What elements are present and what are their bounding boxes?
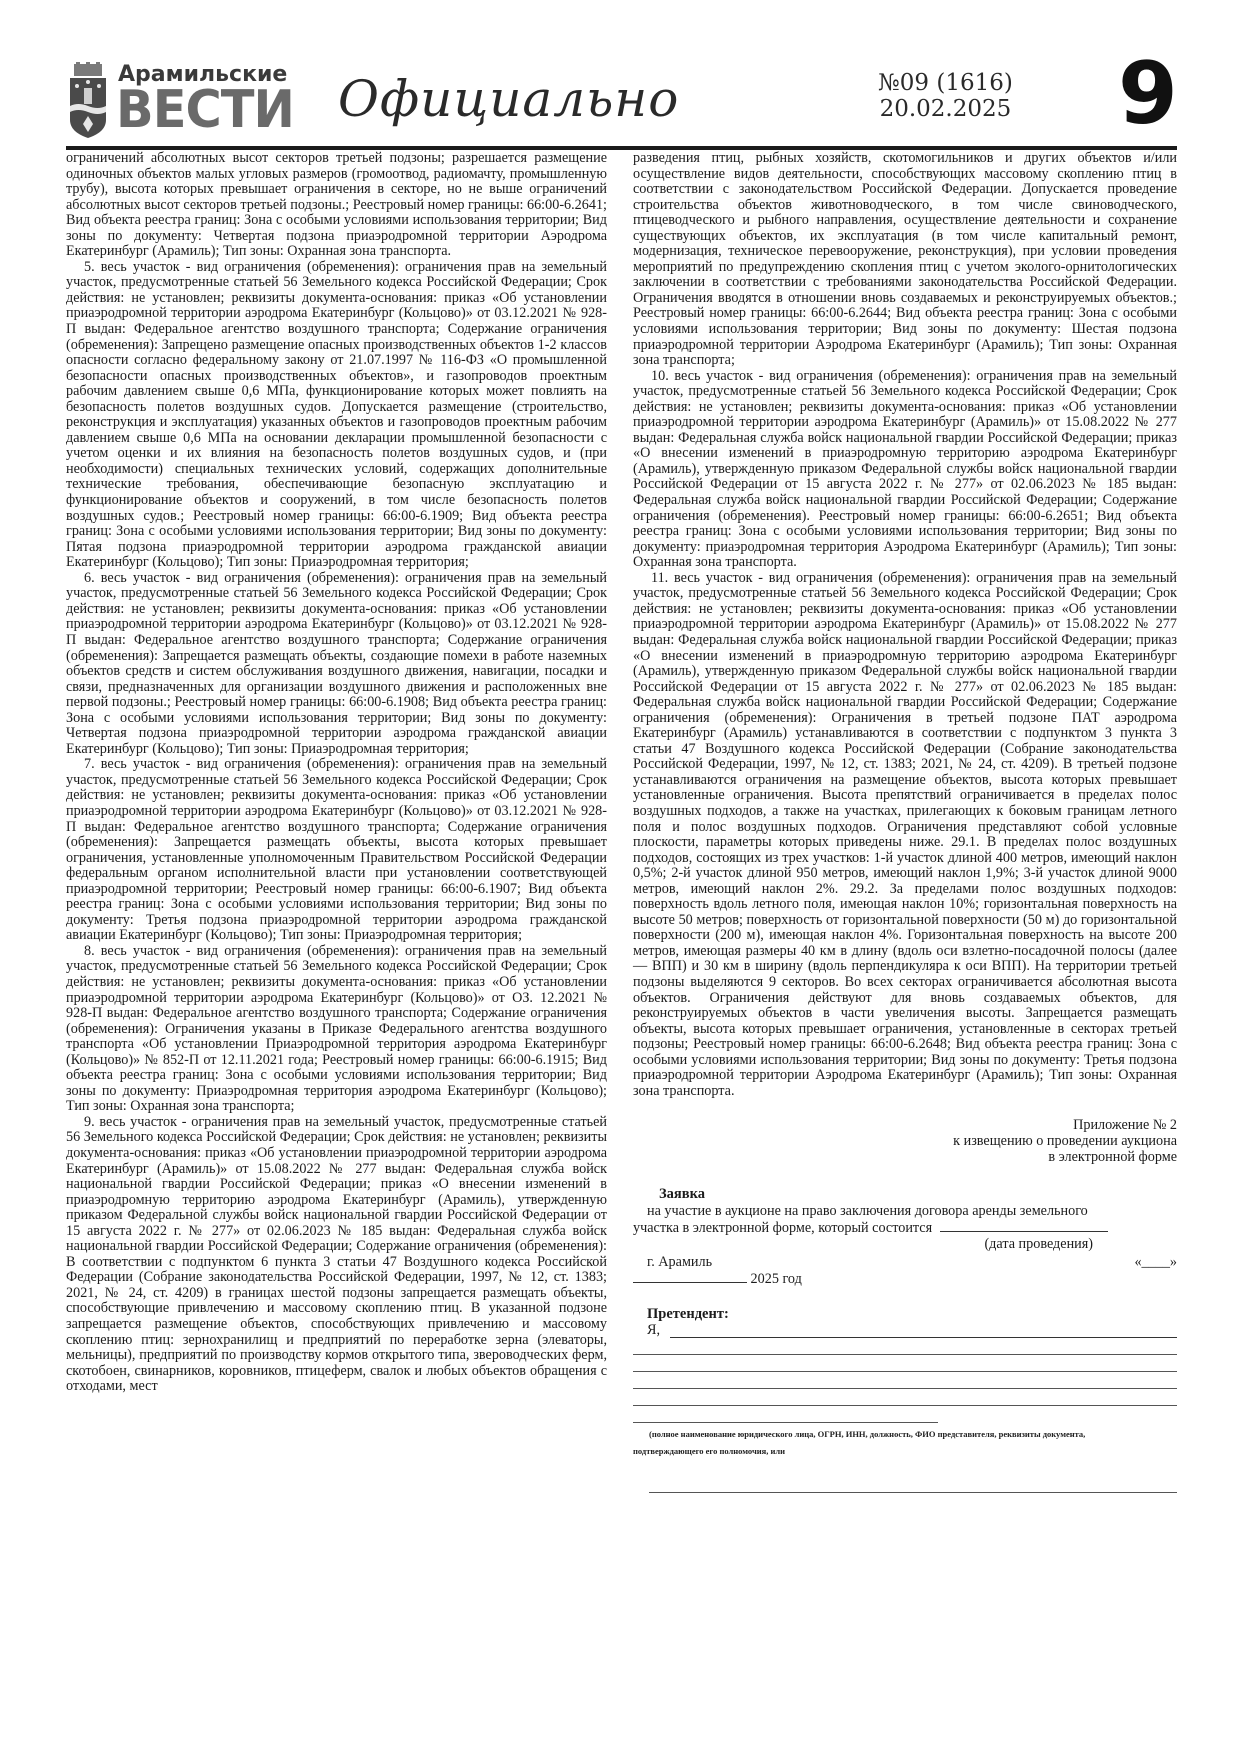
form-intro: на участие в аукционе на право заключени…: [633, 1203, 1177, 1219]
applicant-details-field[interactable]: [633, 1406, 938, 1423]
applicant-details-field[interactable]: [633, 1372, 1177, 1389]
paragraph-item-11: 11. весь участок - вид ограничения (обре…: [633, 571, 1177, 1100]
form-title: Заявка: [633, 1187, 1177, 1203]
paragraph-item-9: 9. весь участок - ограничения прав на зе…: [66, 1115, 607, 1395]
applicant-name-field[interactable]: [670, 1325, 1177, 1338]
year-label: 2025 год: [751, 1271, 802, 1287]
paragraph-item-7: 7. весь участок - вид ограничения (обрем…: [66, 757, 607, 944]
form-intro-text: участка в электронной форме, который сос…: [633, 1220, 932, 1236]
coat-of-arms-icon: [68, 62, 108, 138]
paragraph: разведения птиц, рыбных хозяйств, скотом…: [633, 151, 1177, 369]
newspaper-logo: Арамильские ВЕСТИ: [66, 60, 286, 140]
section-title: Официально: [338, 70, 679, 128]
appendix-line: к извещению о проведении аукциона: [633, 1133, 1177, 1149]
left-column: ограничений абсолютных высот секторов тр…: [66, 151, 607, 1395]
logo-title-main: ВЕСТИ: [116, 82, 294, 138]
field-hint: подтверждающего его полномочия, или: [633, 1444, 1177, 1458]
day-field[interactable]: «____»: [1134, 1254, 1177, 1270]
masthead: Арамильские ВЕСТИ Официально №09 (1616) …: [66, 60, 1177, 146]
field-hint: (полное наименование юридического лица, …: [633, 1425, 1177, 1444]
applicant-details-field[interactable]: [633, 1389, 1177, 1406]
city-label: г. Арамиль: [647, 1254, 712, 1270]
paragraph-item-5: 5. весь участок - вид ограничения (обрем…: [66, 260, 607, 571]
applicant-details-field[interactable]: [633, 1355, 1177, 1372]
page-number: 9: [1118, 44, 1178, 144]
applicant-details-field[interactable]: [633, 1338, 1177, 1355]
city-row: г. Арамиль «____»: [633, 1254, 1177, 1270]
appendix-line: Приложение № 2: [633, 1117, 1177, 1133]
ya-label: Я,: [647, 1322, 660, 1338]
paragraph-item-6: 6. весь участок - вид ограничения (обрем…: [66, 571, 607, 758]
issue-number: №09 (1616): [878, 70, 1013, 96]
date-caption: (дата проведения): [633, 1236, 1177, 1252]
appendix-header: Приложение № 2 к извещению о проведении …: [633, 1117, 1177, 1165]
issue-date: 20.02.2025: [878, 96, 1013, 122]
form-intro-row: участка в электронной форме, который сос…: [633, 1219, 1177, 1236]
right-column: разведения птиц, рыбных хозяйств, скотом…: [633, 151, 1177, 1493]
applicant-extra-field[interactable]: [649, 1476, 1177, 1493]
paragraph-item-8: 8. весь участок - вид ограничения (обрем…: [66, 944, 607, 1115]
issue-info: №09 (1616) 20.02.2025: [878, 70, 1013, 122]
month-field[interactable]: [633, 1270, 747, 1283]
applicant-name-row: Я,: [633, 1322, 1177, 1338]
year-row: 2025 год: [633, 1270, 1177, 1287]
appendix-line: в электронной форме: [633, 1149, 1177, 1165]
paragraph: ограничений абсолютных высот секторов тр…: [66, 151, 607, 260]
date-field[interactable]: [940, 1219, 1108, 1232]
applicant-label: Претендент:: [633, 1307, 1177, 1323]
paragraph-item-10: 10. весь участок - вид ограничения (обре…: [633, 369, 1177, 571]
